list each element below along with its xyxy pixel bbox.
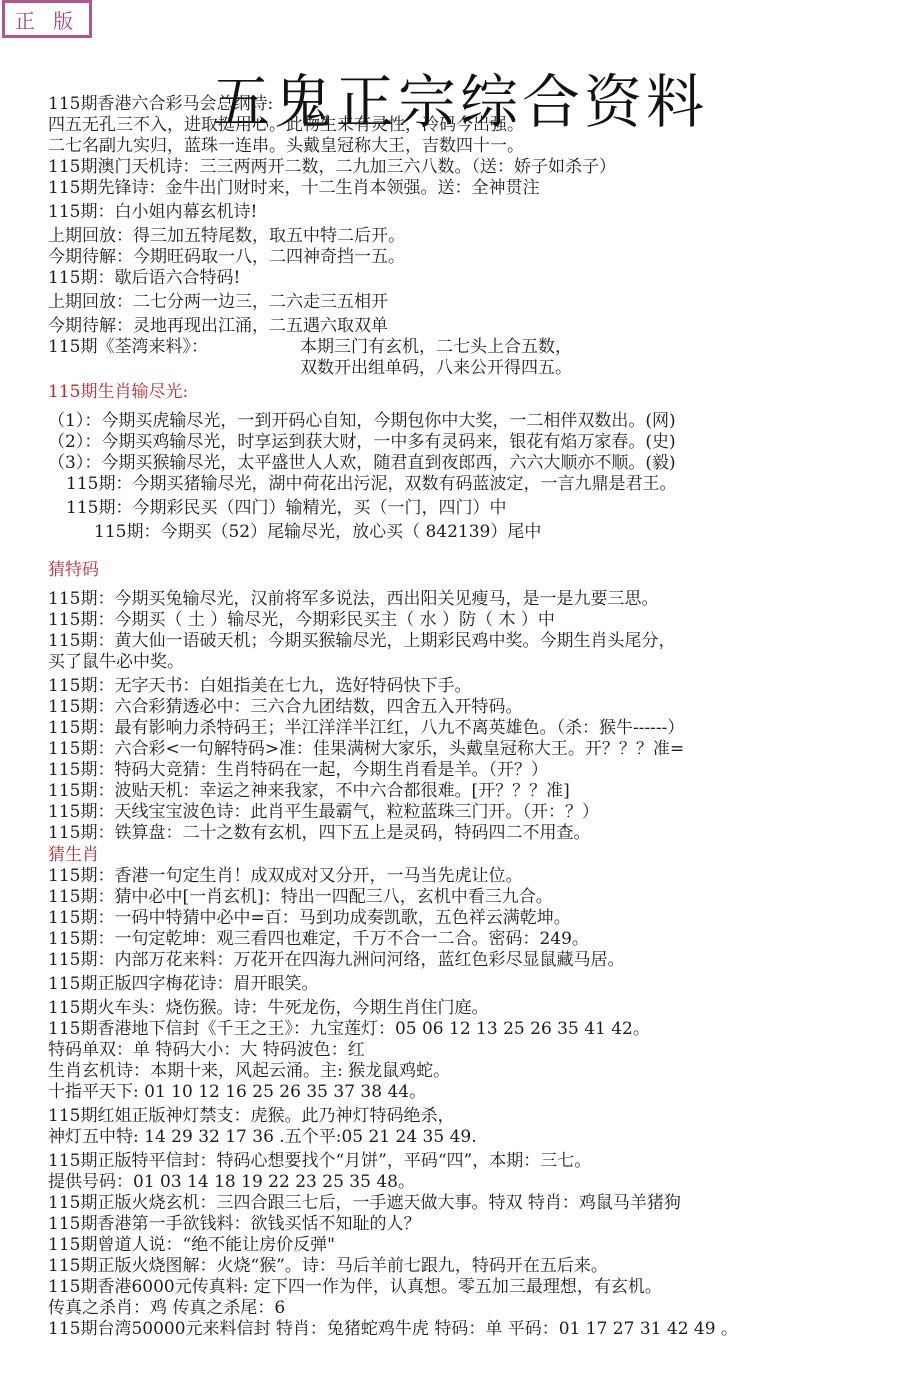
text-line: 115期：今期买（52）尾输尽光，放心买（ 842139）尾中 xyxy=(48,522,900,543)
text-line: 买了鼠牛必中奖。 xyxy=(48,652,900,673)
text-line: 115期：特码大竞猜：生肖特码在一起，今期生肖看是羊。（开？） xyxy=(48,760,900,781)
text-line: 四五无孔三不入，进取挺用心。此物生来有灵性，冷码今出强。 xyxy=(48,115,900,136)
text-line: 115期：白小姐内幕玄机诗! xyxy=(48,202,900,223)
text-line: （3）：今期买猴输尽光，太平盛世人人欢，随君直到夜郎西，六六大顺亦不顺。(毅) xyxy=(48,453,900,474)
quanwan-block: 115期《荃湾来料》： 本期三门有玄机，二七头上合五数， xyxy=(48,337,900,358)
text-line: 二七名副九实归，蓝珠一连串。头戴皇冠称大王，吉数四十一。 xyxy=(48,136,900,157)
section-zodiac-lose: 115期生肖输尽光: （1）：今期买虎输尽光，一到开码心自知，今期包你中大奖，一… xyxy=(48,381,900,543)
text-line: 生肖玄机诗：本期十来，风起云涌。主: 猴龙鼠鸡蛇。 xyxy=(48,1061,900,1082)
text-line: 115期：无字天书：白姐指美在七九，选好特码快下手。 xyxy=(48,676,900,697)
text-line: 115期：今期买兔输尽光，汉前将军多说法，西出阳关见瘦马，是一是九要三思。 xyxy=(48,589,900,610)
text-line: 115期香港地下信封《千王之王》：九宝莲灯：05 06 12 13 25 26 … xyxy=(48,1019,900,1040)
genuine-badge: 正 版 xyxy=(2,0,92,38)
section-guess-special: 猜特码 115期：今期买兔输尽光，汉前将军多说法，西出阳关见瘦马，是一是九要三思… xyxy=(48,559,900,844)
text-line: 神灯五中特: 14 29 32 17 36 .五个平:05 21 24 35 4… xyxy=(48,1127,900,1148)
text-line: 115期香港六合彩马会总纲诗: xyxy=(48,94,900,115)
text-line: 115期：歇后语六合特码! xyxy=(48,268,900,289)
text-line: 115期：今期彩民买（四门）输精光，买（一门，四门）中 xyxy=(48,498,900,519)
text-line: 特码单双：单 特码大小：大 特码波色：红 xyxy=(48,1040,900,1061)
text-line: 十指平天下: 01 10 12 16 25 26 35 37 38 44。 xyxy=(48,1082,900,1103)
text-line: 115期红姐正版神灯禁支：虎猴。此乃神灯特码绝杀， xyxy=(48,1106,900,1127)
quanwan-line-1: 本期三门有玄机，二七头上合五数， xyxy=(300,337,572,358)
section-guess-zodiac: 猜生肖 115期：香港一句定生肖！成双成对又分开，一马当先虎让位。 115期：猜… xyxy=(48,844,900,1340)
section-intro: 115期香港六合彩马会总纲诗: 四五无孔三不入，进取挺用心。此物生来有灵性，冷码… xyxy=(48,94,900,379)
text-line: 今期待解：今期旺码取一八，二四神奇挡一五。 xyxy=(48,247,900,268)
quanwan-label: 115期《荃湾来料》： xyxy=(48,337,300,358)
text-line: （1）：今期买虎输尽光，一到开码心自知，今期包你中大奖，一二相伴双数出。(网) xyxy=(48,411,900,432)
text-line: 115期：波贴天机：幸运之神来我家，不中六合都很难。[开？？？准] xyxy=(48,781,900,802)
text-line: 传真之杀肖：鸡 传真之杀尾：6 xyxy=(48,1298,900,1319)
text-line: 115期：香港一句定生肖！成双成对又分开，一马当先虎让位。 xyxy=(48,866,900,887)
text-line: 115期：六合彩<一句解特码>准：佳果满树大家乐，头戴皇冠称大王。开？？？准= xyxy=(48,739,900,760)
text-line: 115期正版四字梅花诗：眉开眼笑。 xyxy=(48,974,900,995)
text-line: 提供号码：01 03 14 18 19 22 23 25 35 48。 xyxy=(48,1172,900,1193)
text-line: 115期曾道人说：“绝不能让房价反弹" xyxy=(48,1235,900,1256)
text-line: 115期：天线宝宝波色诗：此肖平生最霸气，粒粒蓝珠三门开。（开：？） xyxy=(48,802,900,823)
text-line: 115期香港第一手欲钱料：欲钱买恬不知耻的人？ xyxy=(48,1214,900,1235)
text-line: 115期火车头：烧伤猴。诗：牛死龙伤，今期生肖住门庭。 xyxy=(48,998,900,1019)
section-header: 猜生肖 xyxy=(48,844,900,866)
text-line: 115期：最有影响力杀特码王；半江洋洋半江红，八九不离英雄色。（杀：猴牛----… xyxy=(48,718,900,739)
text-line: 115期：今期买猪输尽光，湖中荷花出污泥，双数有码蓝波定，一言九鼎是君王。 xyxy=(48,474,900,495)
text-line: 115期先锋诗：金牛出门财时来，十二生肖本领强。送：全神贯注 xyxy=(48,178,900,199)
text-line: 115期正版特平信封：特码心想要找个“月饼”，平码“四”，本期：三七。 xyxy=(48,1151,900,1172)
text-line: 今期待解：灵地再现出江涌，二五遇六取双单 xyxy=(48,316,900,337)
text-line: 115期：一码中特猜中必中=百：马到功成奏凯歌，五色祥云满乾坤。 xyxy=(48,908,900,929)
text-line: 115期：一句定乾坤：观三看四也难定，千万不合一二合。密码：249。 xyxy=(48,929,900,950)
text-line: 115期：今期买（ 土 ）输尽光，今期彩民买主（ 水 ）防（ 木 ）中 xyxy=(48,610,900,631)
section-header: 猜特码 xyxy=(48,559,900,581)
quanwan-line-2: 双数开出组单码，八来公开得四五。 xyxy=(48,358,900,379)
text-line: 115期正版火烧图解：火烧“猴”。诗：马后羊前七跟九，特码开在五后来。 xyxy=(48,1256,900,1277)
text-line: 115期：猜中必中[一肖玄机]：特出一四配三八，玄机中看三九合。 xyxy=(48,887,900,908)
text-line: 115期：内部万花来料：万花开在四海九洲问河络，蓝红色彩尽显鼠藏马居。 xyxy=(48,950,900,971)
text-line: 上期回放：二七分两一边三，二六走三五相开 xyxy=(48,292,900,313)
text-line: 115期台湾50000元来料信封 特肖：兔猪蛇鸡牛虎 特码：单 平码：01 17… xyxy=(48,1319,900,1340)
text-line: （2）：今期买鸡输尽光，时享运到获大财，一中多有灵码来，银花有焰万家春。(史) xyxy=(48,432,900,453)
text-line: 115期：六合彩猜透必中：三六合九团结数，四舍五入开特码。 xyxy=(48,697,900,718)
text-line: 115期澳门天机诗：三三两两开二数，二九加三六八数。（送：娇子如杀子） xyxy=(48,157,900,178)
text-line: 115期：铁算盘：二十之数有玄机，四下五上是灵码，特码四二不用查。 xyxy=(48,823,900,844)
text-line: 115期：黄大仙一语破天机；今期买猴输尽光，上期彩民鸡中奖。今期生肖头尾分， xyxy=(48,631,900,652)
text-line: 115期香港6000元传真料: 定下四一作为伴，认真想。零五加三最理想，有玄机。 xyxy=(48,1277,900,1298)
text-line: 115期正版火烧玄机：三四合跟三七后，一手遮天做大事。特双 特肖：鸡鼠马羊猪狗 xyxy=(48,1193,900,1214)
document-body: 115期香港六合彩马会总纲诗: 四五无孔三不入，进取挺用心。此物生来有灵性，冷码… xyxy=(48,94,900,1340)
section-header: 115期生肖输尽光: xyxy=(48,381,900,403)
text-line: 上期回放：得三加五特尾数，取五中特二后开。 xyxy=(48,226,900,247)
